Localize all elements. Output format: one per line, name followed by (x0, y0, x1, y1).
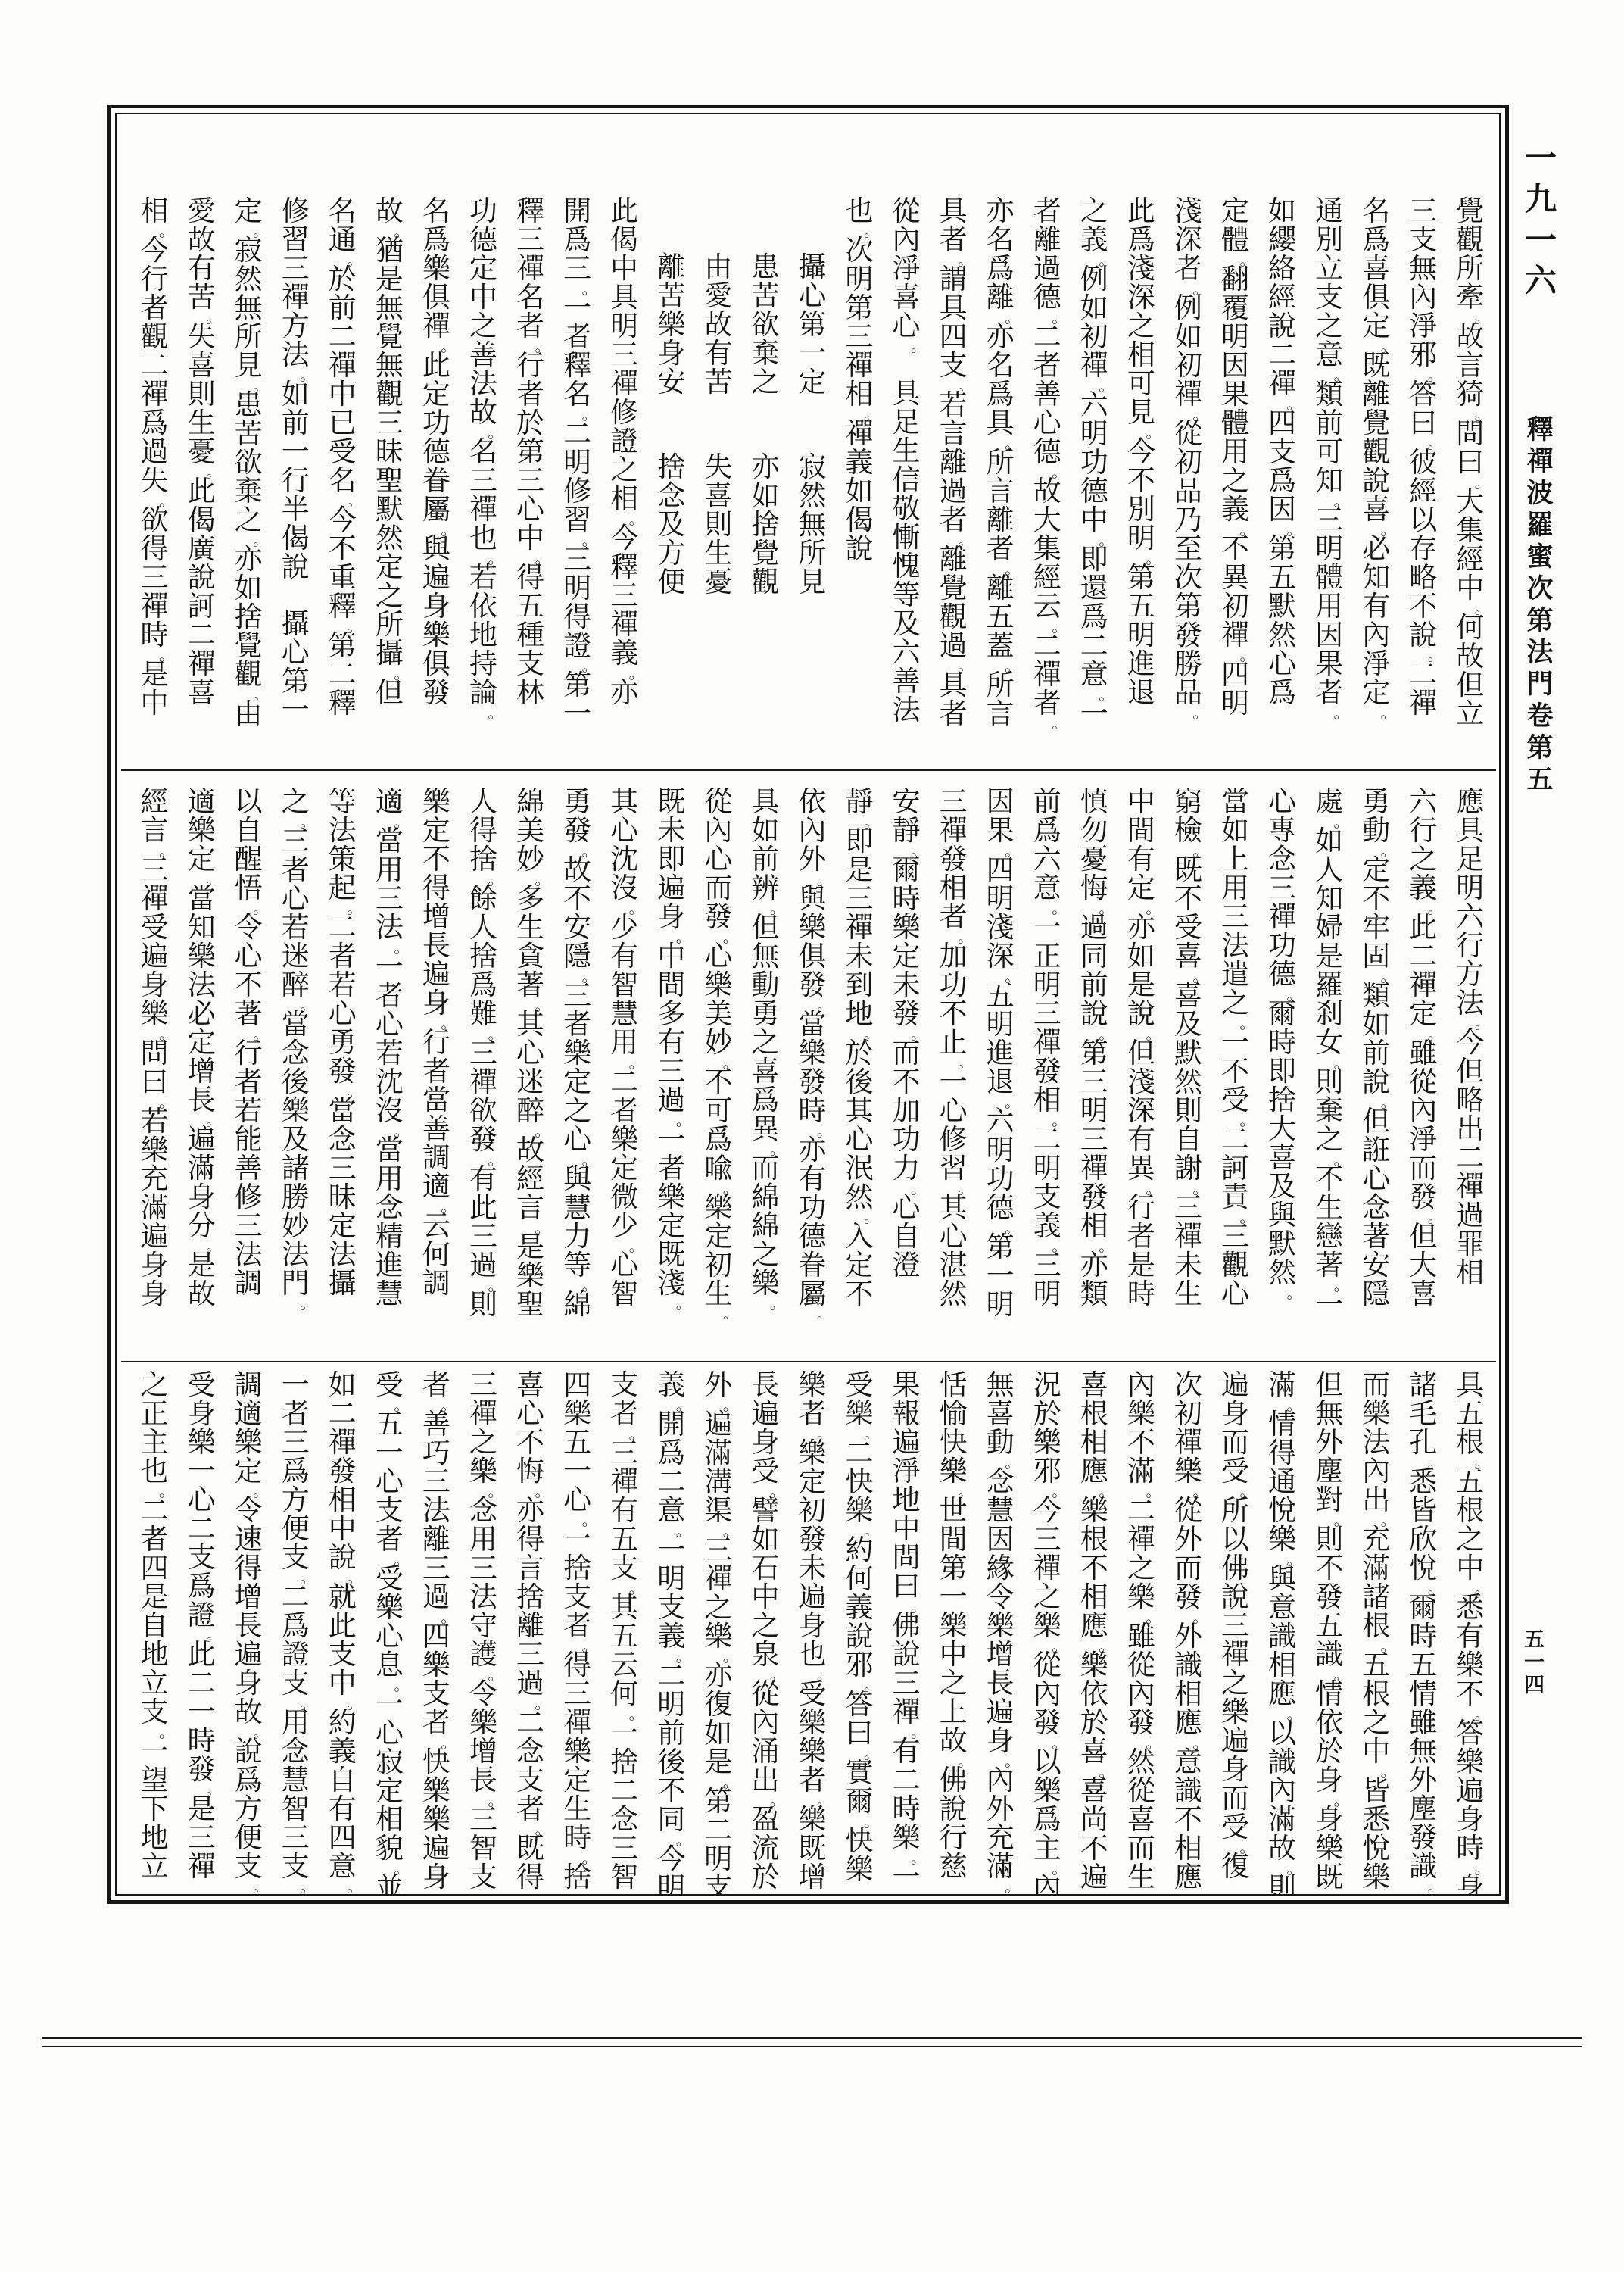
text-column: 攝心第一定寂然無所見 (789, 197, 836, 729)
text-column: 亦名爲離。亦名爲具。所言離者。離五蓋。所言 (977, 197, 1024, 729)
text-column: 樂者。樂定初發未遍身也。受樂樂者。樂既增 (789, 1371, 836, 1896)
text-column: 依內外。與樂俱發。當樂發時。亦有功德眷屬。 (789, 788, 836, 1319)
text-column: 具如前辨。但無動勇之喜爲異。而綿綿之樂。 (742, 788, 789, 1319)
text-column: 之。三者心若迷醉。當念後樂及諸勝妙法門。 (272, 788, 319, 1319)
text-column: 長遍身受。譬如石中之泉。從內涌出。盈流於 (742, 1371, 789, 1896)
text-column: 通別立支之意。類前可知。三明體用因果者。 (1306, 197, 1353, 729)
text-column: 滿。情得通悅樂。與意識相應。以識內滿故。則 (1259, 1371, 1306, 1896)
taisho-text-number: 一九一六 (1516, 141, 1561, 304)
text-column: 而樂法內出。充滿諸根。五根之中。皆悉悅樂。 (1353, 1371, 1400, 1896)
text-column: 三禪發相者。加功不止。一心修習。其心湛然 (930, 788, 977, 1319)
text-column: 名爲喜俱定。既離覺觀說喜。必知有內淨定。 (1353, 197, 1400, 729)
text-column: 遍身而受。所以佛說三禪之樂遍身而受。復 (1211, 1371, 1258, 1896)
text-column: 如二禪發相中說。就此支中。約義自有四意。 (319, 1371, 366, 1896)
page-number: 五一四 (1517, 1628, 1547, 1696)
text-column: 心專念三禪功德。爾時即捨大喜及與默然。 (1259, 788, 1306, 1319)
text-column: 具五根。五根之中。悉有樂不。答樂遍身時。身 (1447, 1371, 1494, 1896)
footer-rule-bottom (42, 2046, 1582, 2047)
text-column: 功德定中之善法故。名三禪也。若依地持論。 (460, 197, 507, 729)
text-column: 相。今行者觀二禪爲過失。欲得三禪時。是中 (131, 197, 178, 729)
text-column: 無喜動。念慧因緣令樂增長遍身。內外充滿。 (977, 1371, 1024, 1896)
volume-title: 釋禪波羅蜜次第法門卷第五 (1519, 415, 1557, 797)
text-column: 開爲三。一者釋名。二明修習。三明得證。第一 (554, 197, 601, 729)
text-column: 前爲六意。一正明三禪發相。二明支義。三明 (1024, 788, 1071, 1319)
text-column: 釋三禪名者。行者於第三心中。得五種支林 (507, 197, 554, 729)
text-column: 樂定不得增長遍身。行者當善調適。云何調 (413, 788, 460, 1319)
text-column: 人得捨。餘人捨爲難。三禪欲發。有此三過。則 (460, 788, 507, 1319)
text-column: 修習三禪方法。如前一行半偈說攝心第一 (272, 197, 319, 729)
text-column: 四樂五一心。一捨支者。得三禪樂定生時。捨 (554, 1371, 601, 1896)
text-column: 綿美妙。多生貪著。其心迷醉。故經言。是樂聖 (507, 788, 554, 1319)
text-column: 支者。三禪有五支。其五云何。一捨二念三智 (601, 1371, 648, 1896)
text-column: 外。遍滿溝渠。三禪之樂。亦復如是。第二明支 (695, 1371, 742, 1896)
bottom-register: 具五根。五根之中。悉有樂不。答樂遍身時。身諸毛孔。悉皆欣悅。爾時五情雖無外塵發識… (131, 1371, 1494, 1896)
text-column: 如纓絡經說二禪。四支爲因。第五默然心爲 (1259, 197, 1306, 729)
text-column: 當如上用三法遣之。一不受。二訶責。三觀心 (1211, 788, 1258, 1319)
text-column: 其心沈沒。少有智慧用。二者樂定微少。心智 (601, 788, 648, 1319)
text-column: 勇動。定不牢固。類如前說。但誑心念著安隱 (1353, 788, 1400, 1319)
register-divider-2 (121, 1361, 1496, 1362)
text-column: 此偈中具明三禪修證之相。今釋三禪義。亦 (601, 197, 648, 729)
text-column: 經言。三禪受遍身樂。問曰。若樂充滿遍身身 (131, 788, 178, 1319)
text-column: 由愛故有苦失喜則生憂 (695, 197, 742, 729)
text-column: 者。善巧三法離三過。四樂支者。快樂樂遍身 (413, 1371, 460, 1896)
text-column: 從內心而發。心樂美妙。不可爲喩。樂定初生。 (695, 788, 742, 1319)
text-column: 安靜。爾時樂定未發。而不加功力。心自澄 (883, 788, 930, 1319)
text-column: 離苦樂身安捨念及方便 (648, 197, 695, 729)
text-column: 勇發。故不安隱。三者樂定之心。與慧力等。綿 (554, 788, 601, 1319)
text-column: 愛故有苦。失喜則生憂。此偈廣說訶二禪喜 (178, 197, 225, 729)
text-column: 之正主也。二者四是自地立支。一望下地立 (131, 1371, 178, 1896)
text-column: 受。五一心支者。受樂心息。一心寂定相貌。並 (366, 1371, 413, 1896)
text-column: 適。當用三法。一者心若沈沒。當用念精進慧 (366, 788, 413, 1319)
text-column: 處。如人知婦是羅刹女。則棄之。不生戀著。一 (1306, 788, 1353, 1319)
text-column: 一者三爲方便支。二爲證支。用念慧智三支。 (272, 1371, 319, 1896)
text-column: 內樂不滿。二禪之樂。雖從內發。然從喜而生。 (1117, 1371, 1164, 1896)
text-column: 之義。例如初禪。六明功德中。即還爲二意。一 (1071, 197, 1117, 729)
register-divider-1 (121, 769, 1496, 771)
text-column: 受身樂一心二支爲證。此二一時發。是三禪 (178, 1371, 225, 1896)
middle-register: 應具足明六行方法。今但略出二禪過罪相六行之義。此二禪定。雖從內淨而發。但大喜勇動… (131, 788, 1494, 1319)
text-column: 具者。謂具四支。若言離過者。離覺觀過。具者 (930, 197, 977, 729)
text-column: 喜心不悔。亦得言捨離三過。二念支者。既得 (507, 1371, 554, 1896)
text-column: 覺觀所牽。故言猗。問曰。大集經中。何故但立 (1447, 197, 1494, 729)
text-column: 但無外塵對。則不發五識。情依於身。身樂既 (1306, 1371, 1353, 1896)
text-column: 既未即遍身。中間多有三過。一者樂定既淺。 (648, 788, 695, 1319)
text-column: 靜。即是三禪未到地。於後其心泯然。入定不 (836, 788, 883, 1319)
text-column: 患苦欲棄之亦如捨覺觀 (742, 197, 789, 729)
text-column: 適樂定。當知樂法必定增長。遍滿身分。是故 (178, 788, 225, 1319)
text-column: 名通。於前二禪中已受名。今不重釋。第二釋 (319, 197, 366, 729)
text-column: 喜根相應。樂根不相應。樂依於喜。喜尚不遍。 (1071, 1371, 1117, 1896)
text-column: 窮檢。既不受喜。喜及默然則自謝。三禪未生 (1164, 788, 1211, 1319)
text-column: 三禪之樂。念用三法守護。令樂增長。三智支 (460, 1371, 507, 1896)
text-column: 者離過德。二者善心德。故大集經云。二禪者。 (1024, 197, 1071, 729)
text-column: 以自醒悟。令心不著。行者若能善修三法調 (225, 788, 272, 1319)
text-column: 恬愉快樂。世間第一樂中之上故。佛說行慈 (930, 1371, 977, 1896)
text-column: 從內淨喜心。具足生信敬慚愧等及六善法 (883, 197, 930, 729)
text-column: 定體。翻覆明因果體用之義。不異初禪。四明 (1211, 197, 1258, 729)
text-column: 定。寂然無所見。患苦欲棄之。亦如捨覺觀。由 (225, 197, 272, 729)
text-column: 受樂。二快樂。約何義說邪。答曰。實爾。快樂 (836, 1371, 883, 1896)
text-column: 故。猶是無覺無觀三昧聖默然定之所攝。但 (366, 197, 413, 729)
text-column: 果報遍淨地中問曰。佛說三禪。有二時樂。一 (883, 1371, 930, 1896)
text-column: 等法策起。二者若心勇發。當念三昧定法攝 (319, 788, 366, 1319)
text-column: 義。開爲二意。一明支義。二明前後不同。今明 (648, 1371, 695, 1896)
text-column: 六行之義。此二禪定。雖從內淨而發。但大喜 (1400, 788, 1447, 1319)
scanned-page: { "colors": { "ink": "#141414", "paper":… (0, 0, 1624, 2272)
text-column: 名爲樂俱禪。此定功德眷屬。與遍身樂俱發 (413, 197, 460, 729)
text-column: 中間有定。亦如是說。但淺深有異。行者是時 (1117, 788, 1164, 1319)
text-column: 因果。四明淺深。五明進退。六明功德。第一明 (977, 788, 1024, 1319)
footer-rule-top (42, 2037, 1582, 2039)
text-column: 應具足明六行方法。今但略出二禪過罪相 (1447, 788, 1494, 1319)
text-column: 況於樂邪。今三禪之樂。從內發。以樂爲主。內 (1024, 1371, 1071, 1896)
text-column: 三支無內淨邪。答曰。彼經以存略不說。二禪 (1400, 197, 1447, 729)
text-column: 也。次明第三禪相。禪義如偈說 (836, 197, 883, 729)
text-column: 淺深者。例如初禪。從初品乃至次第發勝品。 (1164, 197, 1211, 729)
top-register: 覺觀所牽。故言猗。問曰。大集經中。何故但立三支無內淨邪。答曰。彼經以存略不說。二… (131, 197, 1494, 729)
text-column: 慎勿憂悔。過同前說。第三明三禪發相。亦類 (1071, 788, 1117, 1319)
text-column: 此爲淺深之相可見。今不別明。第五明進退 (1117, 197, 1164, 729)
text-column: 諸毛孔。悉皆欣悅。爾時五情雖無外塵發識。 (1400, 1371, 1447, 1896)
text-column: 調適樂定。令速得增長遍身故。說爲方便支。 (225, 1371, 272, 1896)
text-column: 次初禪樂。從外而發。外識相應。意識不相應。 (1164, 1371, 1211, 1896)
